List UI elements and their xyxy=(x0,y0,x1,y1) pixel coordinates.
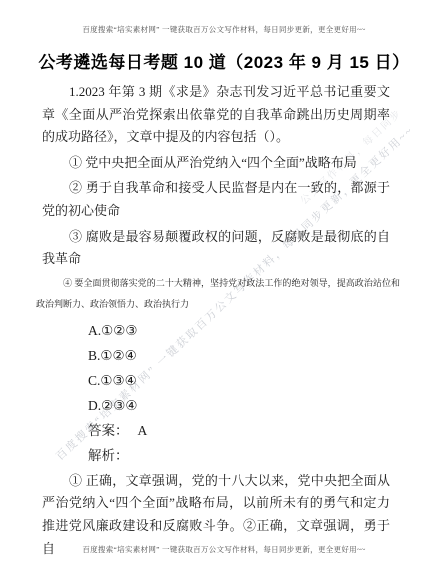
analysis-label: 解析： xyxy=(88,443,390,468)
page-title: 公考遴选每日考题 10 道（2023 年 9 月 15 日） xyxy=(0,48,448,73)
analysis-text: ① 正确，文章强调，党的十八大以来，党中央把全面从严治党纳入“四个全面”战略布局… xyxy=(42,470,390,560)
option-b: B.①②④ xyxy=(88,343,390,368)
question-item-3: ③ 腐败是最容易颠覆政权的问题，反腐败是最彻底的自我革命 xyxy=(42,226,390,271)
question-stem: 1.2023 年第 3 期《求是》杂志刊发习近平总书记重要文章《全面从严治党探索… xyxy=(42,81,390,149)
question-block: 1.2023 年第 3 期《求是》杂志刊发习近平总书记重要文章《全面从严治党探索… xyxy=(42,81,390,560)
options-list: A.①②③ B.①②④ C.①③④ D.②③④ 答案：A 解析： xyxy=(88,318,390,468)
answer-line: 答案：A xyxy=(88,418,390,443)
option-c: C.①③④ xyxy=(88,368,390,393)
header-note: 百度搜索“培实素材网” 一键获取百万公文写作材料，每日同步更新，更全更好用~~ xyxy=(0,24,448,35)
question-item-1: ① 党中央把全面从严治党纳入“四个全面”战略布局 xyxy=(42,152,390,175)
answer-value: A xyxy=(138,423,148,438)
question-item-4: ④ 要全面贯彻落实党的二十大精神，坚持党对政法工作的绝对领导，提高政治站位和政治… xyxy=(36,273,400,316)
question-item-2: ② 勇于自我革命和接受人民监督是内在一致的，都源于党的初心使命 xyxy=(42,177,390,222)
document-page: 百度搜索“培实素材网” 一键获取百万公文写作材料，每日同步更新，更全更好用~~ … xyxy=(0,0,448,580)
option-a: A.①②③ xyxy=(88,318,390,343)
option-d: D.②③④ xyxy=(88,393,390,418)
answer-label: 答案： xyxy=(88,423,129,438)
